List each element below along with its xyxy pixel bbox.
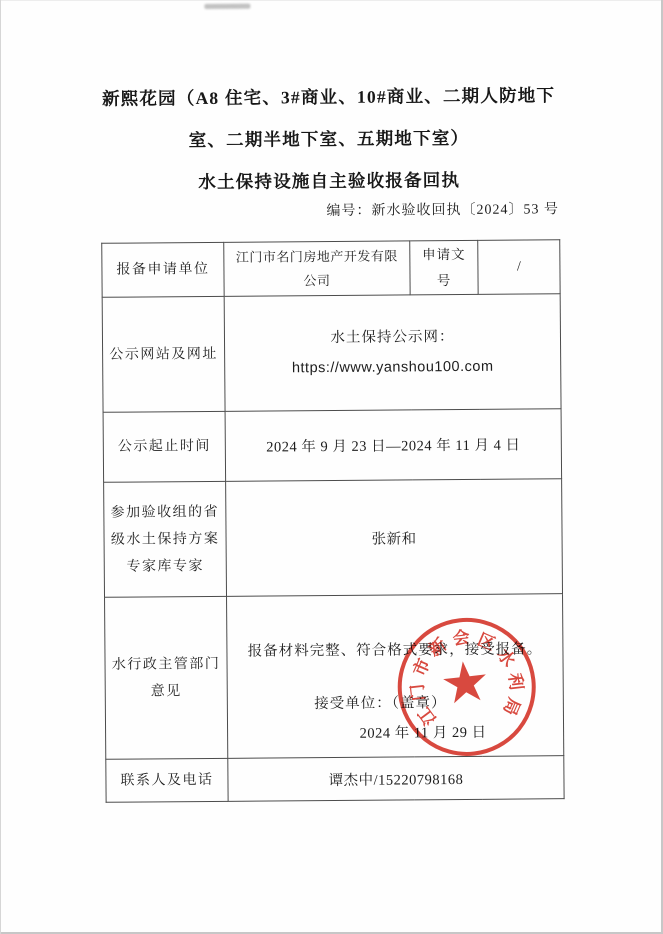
document-title-line-1: 新熙花园（A8 住宅、3#商业、10#商业、二期人防地下: [27, 74, 630, 121]
label-cell-contact: 联系人及电话: [106, 758, 228, 802]
table-row-applicant: 报备申请单位 江门市名门房地产开发有限公司 申请文号 /: [102, 240, 560, 298]
value-cell-contact: 谭杰中/15220798168: [228, 756, 564, 802]
label-cell-expert: 参加验收组的省级水土保持方案专家库专家: [104, 481, 227, 597]
document-number: 编号：新水验收回执〔2024〕53 号: [101, 198, 559, 222]
value-cell-period: 2024 年 9 月 23 日—2024 年 11 月 4 日: [225, 409, 562, 482]
label-cell-period: 公示起止时间: [103, 411, 226, 482]
document-title: 新熙花园（A8 住宅、3#商业、10#商业、二期人防地下 室、二期半地下室、五期…: [27, 74, 631, 205]
value-cell-expert: 张新和: [226, 479, 563, 597]
website-url: https://www.yanshou100.com: [230, 355, 555, 380]
label-cell-website: 公示网站及网址: [102, 296, 225, 412]
table-row-contact: 联系人及电话 谭杰中/15220798168: [106, 756, 564, 803]
label-cell-application-number: 申请文号: [410, 240, 478, 295]
table-row-expert: 参加验收组的省级水土保持方案专家库专家 张新和: [104, 479, 563, 598]
website-name: 水土保持公示网：: [230, 325, 555, 350]
official-seal: ★ 江门市新会区水利局: [390, 611, 543, 764]
seal-char: 利: [506, 672, 525, 691]
seal-char: 门: [409, 683, 428, 702]
document-content: 新熙花园（A8 住宅、3#商业、10#商业、二期人防地下 室、二期半地下室、五期…: [0, 0, 663, 934]
value-cell-website: 水土保持公示网： https://www.yanshou100.com: [224, 294, 561, 412]
scan-page: 新熙花园（A8 住宅、3#商业、10#商业、二期人防地下 室、二期半地下室、五期…: [0, 0, 663, 934]
label-cell-applicant: 报备申请单位: [102, 242, 224, 297]
document-title-line-2: 室、二期半地下室、五期地下室）: [27, 116, 630, 163]
label-cell-authority-opinion: 水行政主管部门意见: [105, 596, 228, 759]
seal-char: 会: [452, 629, 471, 648]
seal-star-icon: ★: [437, 653, 493, 714]
scan-artifact-smudge: [204, 4, 250, 9]
value-cell-company: 江门市名门房地产开发有限公司: [224, 241, 410, 296]
table-row-website: 公示网站及网址 水土保持公示网： https://www.yanshou100.…: [102, 294, 561, 413]
table-row-publicity-period: 公示起止时间 2024 年 9 月 23 日—2024 年 11 月 4 日: [103, 409, 562, 483]
value-cell-application-number: /: [478, 240, 560, 295]
